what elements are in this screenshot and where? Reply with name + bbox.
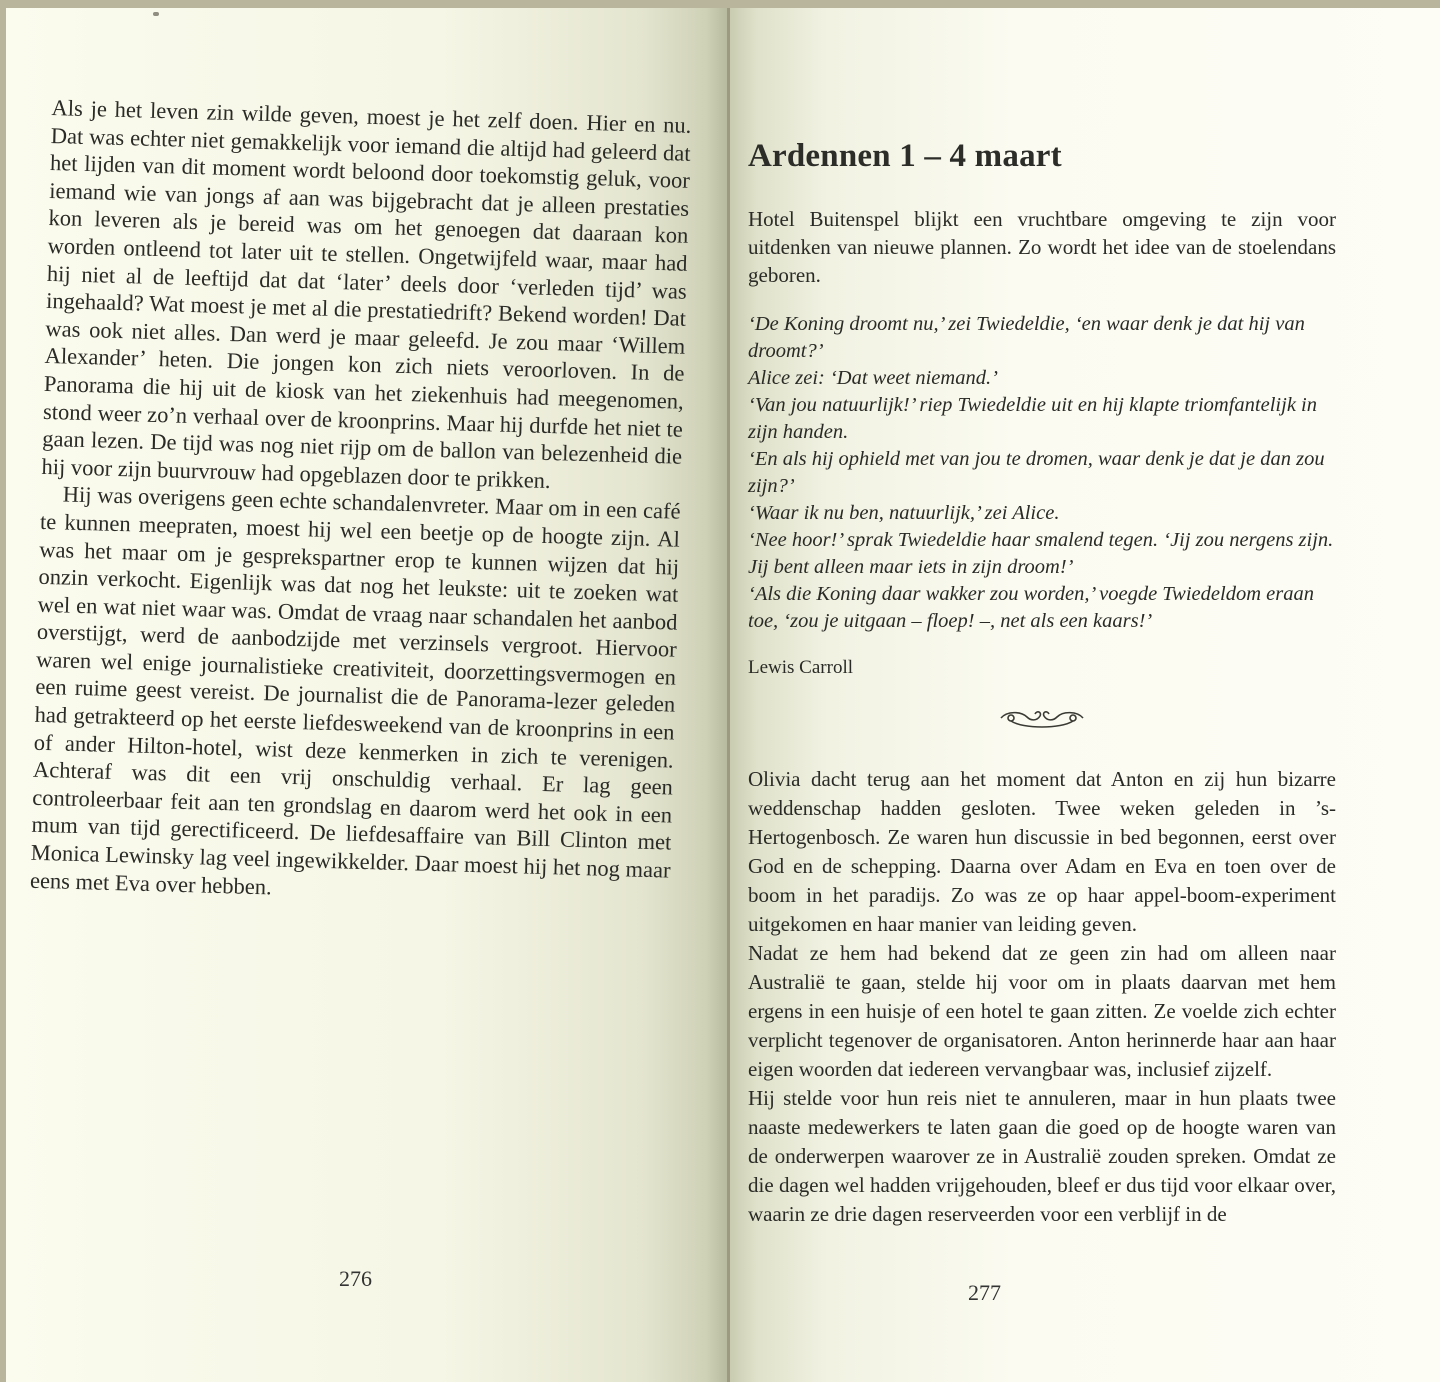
quote-attribution: Lewis Carroll <box>748 657 1336 679</box>
paragraph: Olivia dacht terug aan het moment dat An… <box>748 765 1336 939</box>
right-page-body: Ardennen 1 – 4 maart Hotel Buitenspel bl… <box>748 138 1336 1229</box>
left-page: Als je het leven zin wilde geven, moest … <box>6 8 728 1382</box>
right-page: Ardennen 1 – 4 maart Hotel Buitenspel bl… <box>728 8 1440 1382</box>
book-spine <box>727 8 730 1382</box>
page-number: 276 <box>339 1266 372 1292</box>
paragraph: Hij stelde voor hun reis niet te annuler… <box>748 1084 1336 1229</box>
quote-line: ‘Als die Koning daar wakker zou worden,’… <box>748 581 1336 635</box>
quote-line: ‘En als hij ophield met van jou te drome… <box>748 446 1336 500</box>
quote-line: ‘Waar ik nu ben, natuurlijk,’ zei Alice. <box>748 500 1336 527</box>
scroll-ornament-icon <box>748 707 1336 737</box>
quote-line: ‘De Koning droomt nu,’ zei Twiedeldie, ‘… <box>748 311 1336 365</box>
paragraph: Hij was overigens geen echte schandalenv… <box>30 480 681 912</box>
paragraph: Als je het leven zin wilde geven, moest … <box>41 94 692 498</box>
paragraph: Nadat ze hem had bekend dat ze geen zin … <box>748 939 1336 1084</box>
chapter-intro: Hotel Buitenspel blijkt een vruchtbare o… <box>748 205 1336 289</box>
page-number: 277 <box>968 1280 1001 1306</box>
quote-line: ‘Nee hoor!’ sprak Twiedeldie haar smalen… <box>748 527 1336 581</box>
book-spread: Als je het leven zin wilde geven, moest … <box>6 8 1440 1382</box>
chapter-prose: Olivia dacht terug aan het moment dat An… <box>748 765 1336 1229</box>
quote-line: Alice zei: ‘Dat weet niemand.’ <box>748 365 1336 392</box>
paper-speck <box>153 12 159 16</box>
epigraph-quote: ‘De Koning droomt nu,’ zei Twiedeldie, ‘… <box>748 311 1336 635</box>
quote-line: ‘Van jou natuurlijk!’ riep Twiedeldie ui… <box>748 392 1336 446</box>
left-page-body: Als je het leven zin wilde geven, moest … <box>30 94 692 912</box>
chapter-title: Ardennen 1 – 4 maart <box>748 138 1336 175</box>
